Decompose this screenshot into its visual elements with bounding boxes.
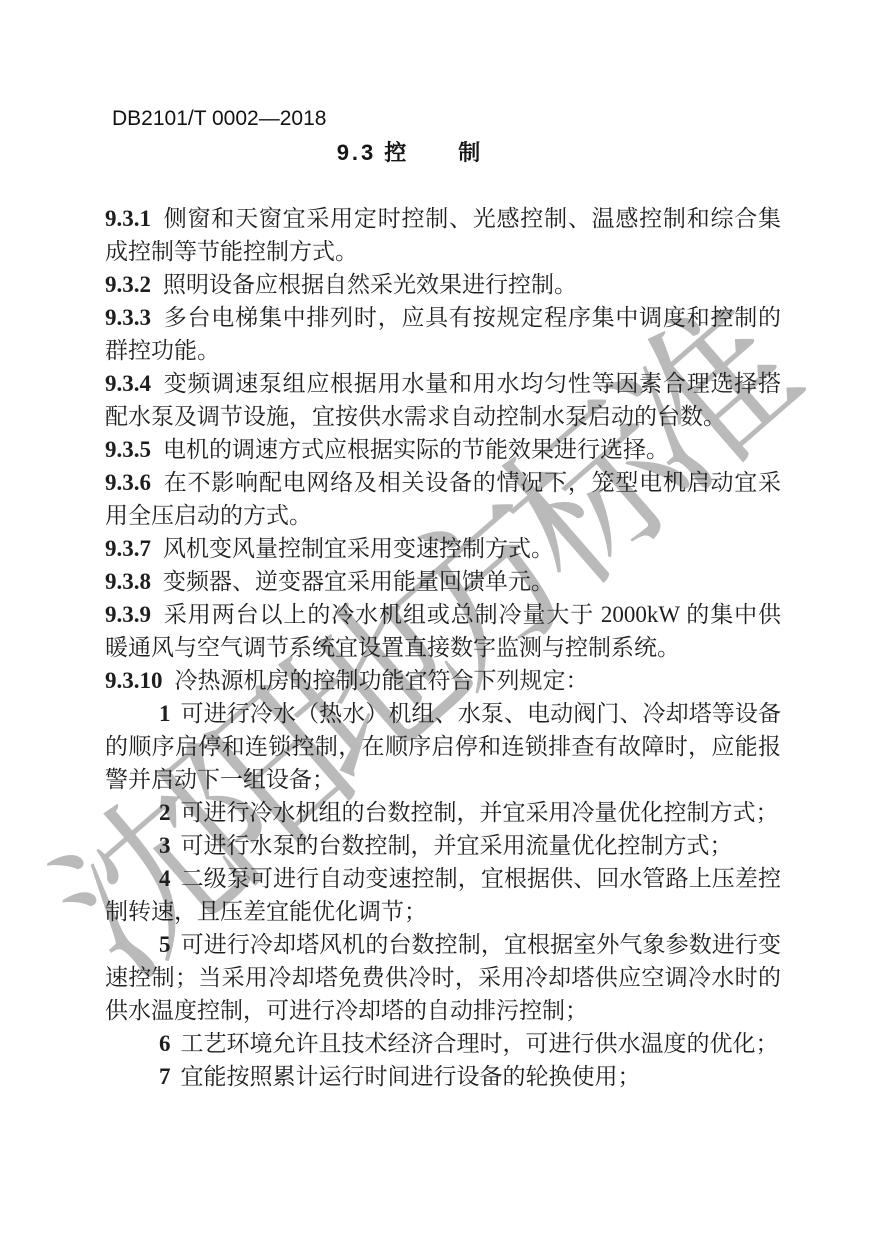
clause-paragraph: 9.3.7风机变风量控制宜采用变速控制方式。 [105,532,781,565]
clause-number: 9.3.1 [105,206,151,231]
clause-text: 可进行冷却塔风机的台数控制，宜根据室外气象参数进行变速控制；当采用冷却塔免费供冷… [105,932,781,1023]
list-item: 6工艺环境允许且技术经济合理时，可进行供水温度的优化； [105,1027,781,1060]
clause-paragraph: 9.3.9采用两台以上的冷水机组或总制冷量大于 2000kW 的集中供暖通风与空… [105,598,781,664]
clause-text: 二级泵可进行自动变速控制，宜根据供、回水管路上压差控制转速，且压差宜能优化调节； [105,866,781,924]
clause-number: 9.3.3 [105,305,151,330]
clause-number: 3 [159,833,171,858]
clause-number: 9.3.9 [105,602,151,627]
standard-number-header: DB2101/T 0002—2018 [112,106,326,132]
clause-text: 侧窗和天窗宜采用定时控制、光感控制、温感控制和综合集成控制等节能控制方式。 [105,206,781,264]
clause-number: 9.3.6 [105,470,151,495]
clause-paragraph: 9.3.6在不影响配电网络及相关设备的情况下，笼型电机启动宜采用全压启动的方式。 [105,466,781,532]
clause-number: 9.3.7 [105,536,151,561]
clause-text: 多台电梯集中排列时，应具有按规定程序集中调度和控制的群控功能。 [105,305,781,363]
clause-text: 可进行冷水（热水）机组、水泵、电动阀门、冷却塔等设备的顺序启停和连锁控制，在顺序… [105,701,781,792]
clause-number: 9.3.4 [105,371,151,396]
section-title: 9.3控制 [75,138,742,168]
clause-number: 9.3.8 [105,569,151,594]
clause-paragraph: 9.3.2照明设备应根据自然采光效果进行控制。 [105,268,781,301]
clause-text: 变频调速泵组应根据用水量和用水均匀性等因素合理选择搭配水泵及调节设施，宜按供水需… [105,371,781,429]
document-body: 9.3.1侧窗和天窗宜采用定时控制、光感控制、温感控制和综合集成控制等节能控制方… [105,202,781,1093]
clause-text: 宜能按照累计运行时间进行设备的轮换使用； [181,1064,641,1089]
list-item: 2可进行冷水机组的台数控制，并宜采用冷量优化控制方式； [105,796,781,829]
clause-text: 冷热源机房的控制功能宜符合下列规定： [175,668,589,693]
clause-number: 5 [159,932,171,957]
document-page: 沈阳地方标准 DB2101/T 0002—2018 9.3控制 9.3.1侧窗和… [0,0,875,1241]
clause-paragraph: 9.3.8变频器、逆变器宜采用能量回馈单元。 [105,565,781,598]
clause-number: 9.3.5 [105,437,151,462]
clause-number: 1 [159,701,171,726]
clause-text: 照明设备应根据自然采光效果进行控制。 [163,272,577,297]
section-title-char-2: 制 [458,140,480,165]
clause-text: 在不影响配电网络及相关设备的情况下，笼型电机启动宜采用全压启动的方式。 [105,470,781,528]
clause-number: 9.3.2 [105,272,151,297]
clause-paragraph: 9.3.10冷热源机房的控制功能宜符合下列规定： [105,664,781,697]
clause-paragraph: 9.3.5电机的调速方式应根据实际的节能效果进行选择。 [105,433,781,466]
clause-text: 采用两台以上的冷水机组或总制冷量大于 2000kW 的集中供暖通风与空气调节系统… [105,602,781,660]
clause-number: 6 [159,1031,171,1056]
clause-number: 2 [159,800,171,825]
list-item: 4二级泵可进行自动变速控制，宜根据供、回水管路上压差控制转速，且压差宜能优化调节… [105,862,781,928]
section-title-char-1: 控 [384,140,406,165]
clause-text: 可进行水泵的台数控制，并宜采用流量优化控制方式； [181,833,733,858]
list-item: 7宜能按照累计运行时间进行设备的轮换使用； [105,1060,781,1093]
list-item: 5可进行冷却塔风机的台数控制，宜根据室外气象参数进行变速控制；当采用冷却塔免费供… [105,928,781,1027]
clause-number: 9.3.10 [105,668,163,693]
list-item: 1可进行冷水（热水）机组、水泵、电动阀门、冷却塔等设备的顺序启停和连锁控制，在顺… [105,697,781,796]
clause-text: 电机的调速方式应根据实际的节能效果进行选择。 [163,437,669,462]
clause-paragraph: 9.3.1侧窗和天窗宜采用定时控制、光感控制、温感控制和综合集成控制等节能控制方… [105,202,781,268]
clause-number: 7 [159,1064,171,1089]
list-item: 3可进行水泵的台数控制，并宜采用流量优化控制方式； [105,829,781,862]
clause-text: 可进行冷水机组的台数控制，并宜采用冷量优化控制方式； [181,800,779,825]
section-number: 9.3 [337,140,377,165]
clause-paragraph: 9.3.3多台电梯集中排列时，应具有按规定程序集中调度和控制的群控功能。 [105,301,781,367]
clause-text: 工艺环境允许且技术经济合理时，可进行供水温度的优化； [181,1031,779,1056]
clause-paragraph: 9.3.4变频调速泵组应根据用水量和用水均匀性等因素合理选择搭配水泵及调节设施，… [105,367,781,433]
clause-text: 风机变风量控制宜采用变速控制方式。 [163,536,554,561]
clause-number: 4 [159,866,171,891]
clause-text: 变频器、逆变器宜采用能量回馈单元。 [163,569,554,594]
